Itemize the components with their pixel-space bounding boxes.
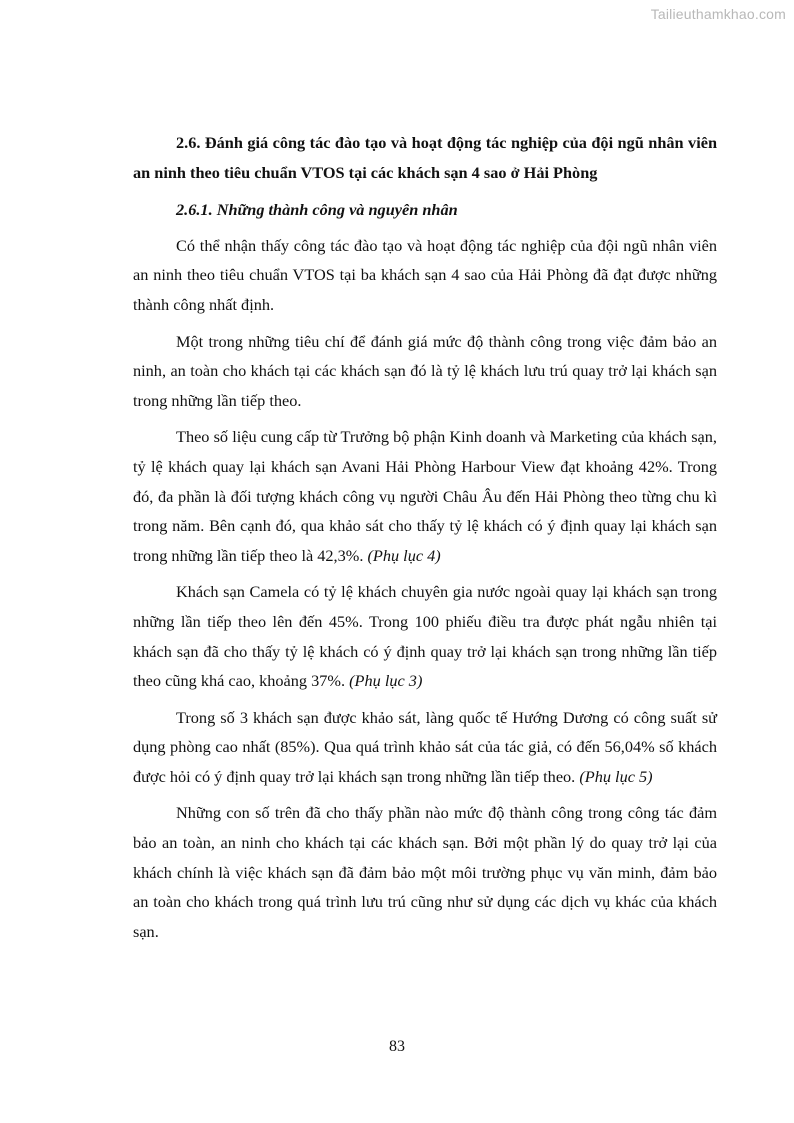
paragraph-1: Có thể nhận thấy công tác đào tạo và hoạ… xyxy=(133,231,717,320)
appendix-reference: (Phụ lục 3) xyxy=(349,671,422,690)
paragraph-2: Một trong những tiêu chí để đánh giá mức… xyxy=(133,327,717,416)
section-heading: 2.6. Đánh giá công tác đào tạo và hoạt đ… xyxy=(133,128,717,187)
paragraph-4: Khách sạn Camela có tỷ lệ khách chuyên g… xyxy=(133,577,717,695)
paragraph-6: Những con số trên đã cho thấy phần nào m… xyxy=(133,798,717,946)
paragraph-text: Một trong những tiêu chí để đánh giá mức… xyxy=(133,332,717,410)
paragraph-3: Theo số liệu cung cấp từ Trưởng bộ phận … xyxy=(133,422,717,570)
paragraph-text: Những con số trên đã cho thấy phần nào m… xyxy=(133,803,717,940)
page-number: 83 xyxy=(0,1038,794,1056)
paragraph-text: Khách sạn Camela có tỷ lệ khách chuyên g… xyxy=(133,582,717,690)
appendix-reference: (Phụ lục 4) xyxy=(367,546,440,565)
watermark: Tailieuthamkhao.com xyxy=(651,6,786,22)
paragraph-text: Theo số liệu cung cấp từ Trưởng bộ phận … xyxy=(133,427,717,564)
paragraph-text: Có thể nhận thấy công tác đào tạo và hoạ… xyxy=(133,236,717,314)
appendix-reference: (Phụ lục 5) xyxy=(579,767,652,786)
subsection-heading: 2.6.1. Những thành công và nguyên nhân xyxy=(133,195,717,225)
document-page: 2.6. Đánh giá công tác đào tạo và hoạt đ… xyxy=(133,128,717,953)
paragraph-5: Trong số 3 khách sạn được khảo sát, làng… xyxy=(133,703,717,792)
